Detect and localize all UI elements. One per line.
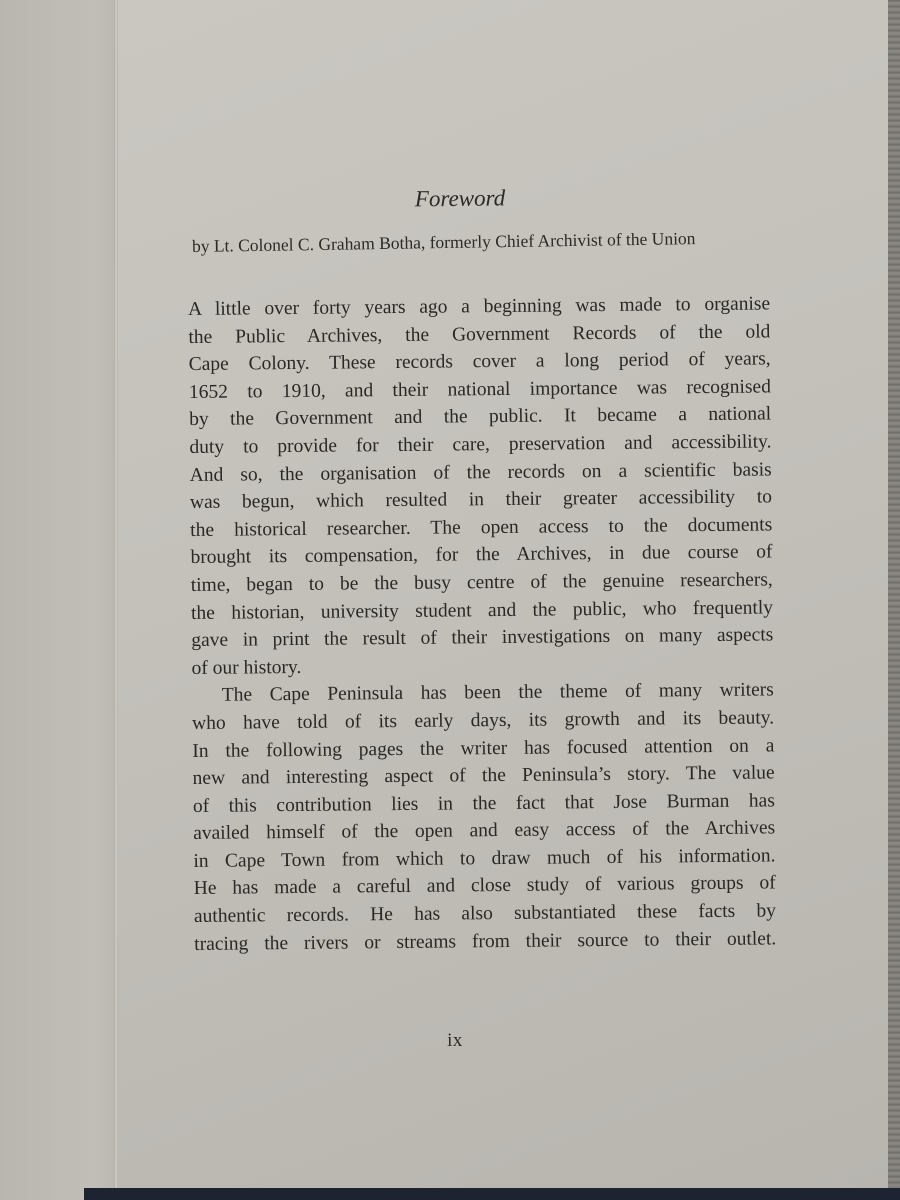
page-stack-edge [888, 0, 900, 1200]
foreword-body: A little over forty years ago a beginnin… [188, 290, 776, 958]
text-line: tracing the rivers or streams from their… [194, 925, 776, 958]
text-line: gave in print the result of their invest… [191, 622, 773, 655]
left-page [0, 0, 116, 1200]
page-number: ix [0, 1030, 900, 1052]
desk-surface [84, 1188, 900, 1200]
paragraph-2: The Cape Peninsula has been the theme of… [192, 677, 777, 959]
paragraph-1: A little over forty years ago a beginnin… [188, 290, 774, 682]
